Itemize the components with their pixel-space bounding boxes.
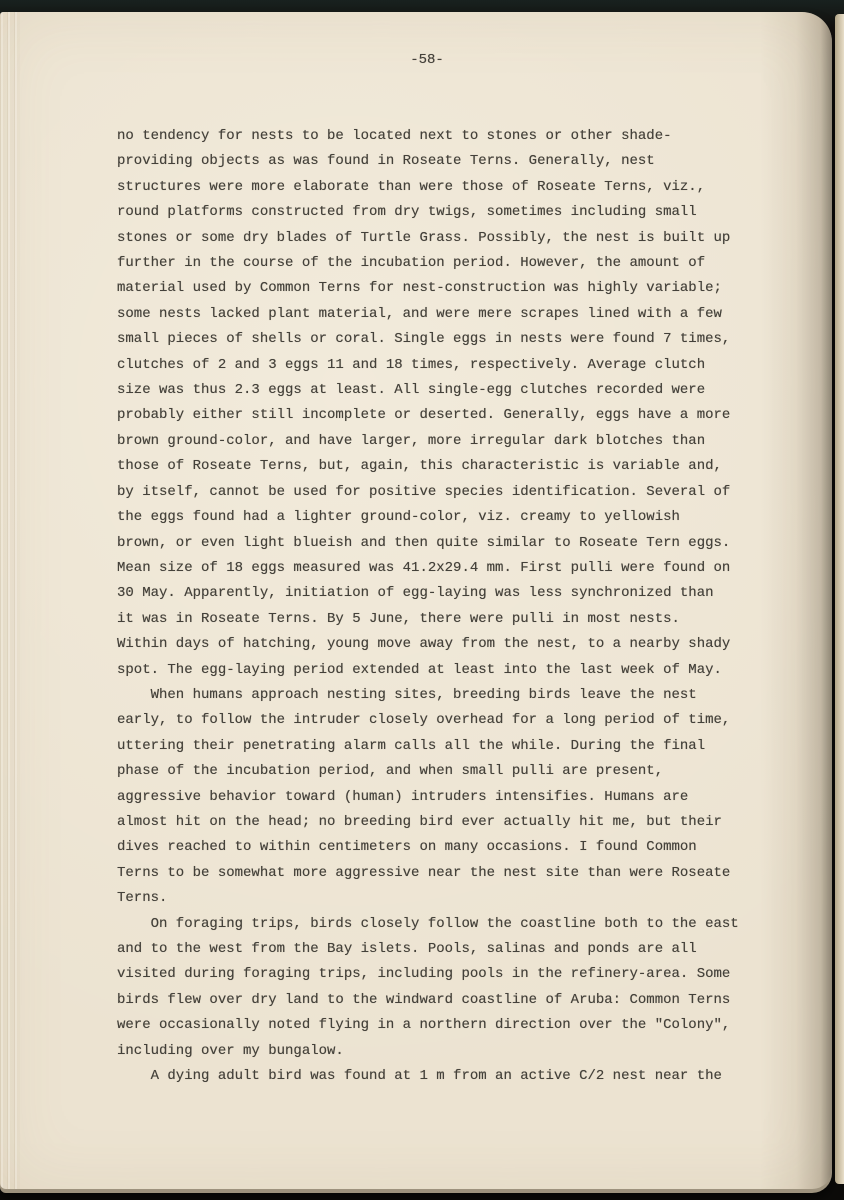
book-page: -58- no tendency for nests to be located… <box>0 12 832 1189</box>
page-number: -58- <box>117 48 737 73</box>
scanned-page-photo: -58- no tendency for nests to be located… <box>0 0 844 1200</box>
page-curl-shadow <box>760 12 832 1189</box>
page-stack-edge <box>0 12 20 1189</box>
next-page-edge <box>835 14 844 1184</box>
page-body-text: no tendency for nests to be located next… <box>117 124 739 1089</box>
